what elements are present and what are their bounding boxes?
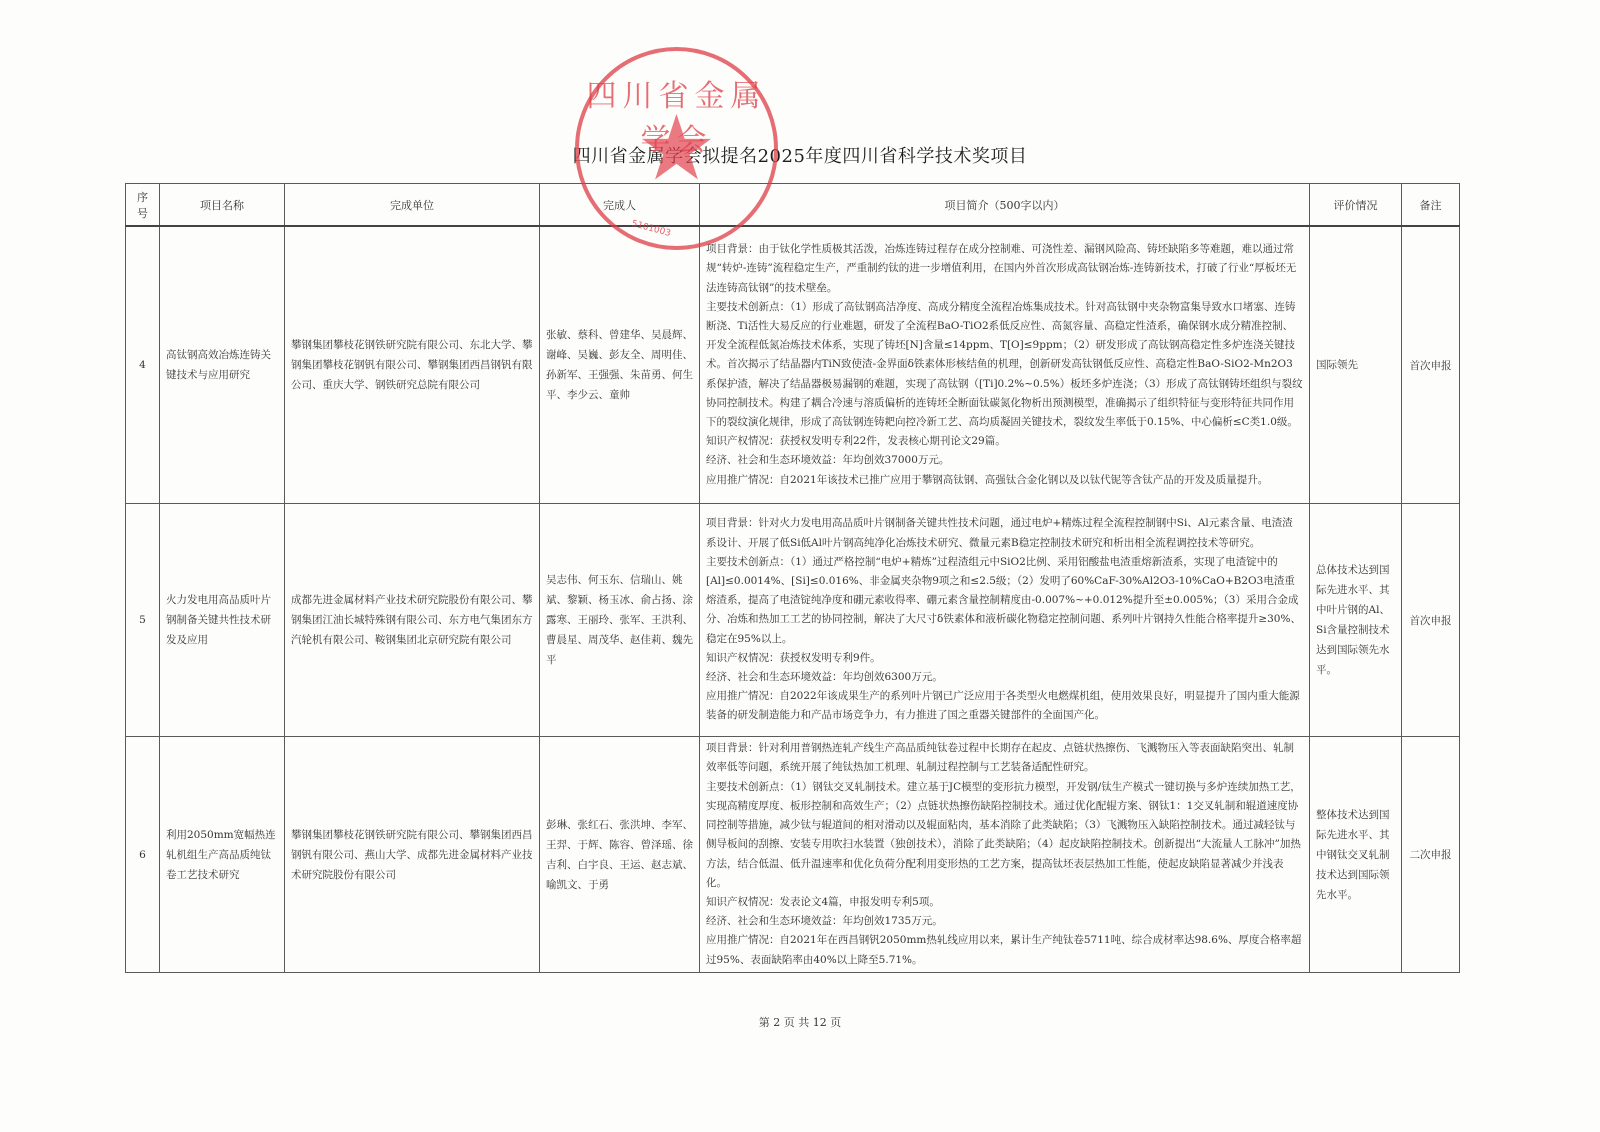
table-row: 6 利用2050mm宽幅热连轧机组生产高品质纯钛卷工艺技术研究 攀钢集团攀枝花钢… (126, 737, 1460, 973)
row-index: 5 (126, 504, 160, 737)
row-index: 6 (126, 737, 160, 973)
project-intro: 项目背景：针对利用普钢热连轧产线生产高品质纯钛卷过程中长期存在起皮、点链状热擦伤… (700, 737, 1310, 973)
header-name: 项目名称 (160, 184, 285, 227)
intro-background: 项目背景：针对火力发电用高品质叶片钢制备关键共性技术问题，通过电炉+精炼过程全流… (706, 514, 1303, 552)
intro-application: 应用推广情况：自2022年该成果生产的系列叶片钢已广泛应用于各类型火电燃煤机组，… (706, 687, 1303, 725)
header-people: 完成人 (540, 184, 700, 227)
note: 二次申报 (1402, 737, 1460, 973)
intro-innovations: 主要技术创新点：（1）通过严格控制“电炉+精炼”过程渣组元中SiO2比例、采用铝… (706, 553, 1303, 649)
completion-people: 吴志伟、何玉东、信瑞山、姚斌、黎颖、杨玉冰、俞占扬、涂露寒、王丽玲、张军、王洪利… (540, 504, 700, 737)
completion-units: 成都先进金属材料产业技术研究院股份有限公司、攀钢集团江油长城特殊钢有限公司、东方… (285, 504, 540, 737)
note: 首次申报 (1402, 504, 1460, 737)
intro-benefits: 经济、社会和生态环境效益：年均创效6300万元。 (706, 668, 1303, 687)
header-evaluation: 评价情况 (1310, 184, 1402, 227)
header-units: 完成单位 (285, 184, 540, 227)
intro-ip: 知识产权情况：获授权发明专利9件。 (706, 649, 1303, 668)
intro-ip: 知识产权情况：发表论文4篇，申报发明专利5项。 (706, 893, 1303, 912)
project-table: 序号 项目名称 完成单位 完成人 项目简介（500字以内） 评价情况 备注 4 … (125, 183, 1460, 973)
project-intro: 项目背景：由于钛化学性质极其活泼，冶炼连铸过程存在成分控制难、可浇性差、漏钢风险… (700, 226, 1310, 504)
evaluation: 整体技术达到国际先进水平、其中钢钛交叉轧制技术达到国际领先水平。 (1310, 737, 1402, 973)
intro-ip: 知识产权情况：获授权发明专利22件，发表核心期刊论文29篇。 (706, 432, 1303, 451)
intro-background: 项目背景：针对利用普钢热连轧产线生产高品质纯钛卷过程中长期存在起皮、点链状热擦伤… (706, 739, 1303, 777)
header-note: 备注 (1402, 184, 1460, 227)
intro-benefits: 经济、社会和生态环境效益：年均创效1735万元。 (706, 912, 1303, 931)
intro-innovations: 主要技术创新点：（1）形成了高钛钢高洁净度、高成分精度全流程冶炼集成技术。针对高… (706, 298, 1303, 432)
completion-units: 攀钢集团攀枝花钢铁研究院有限公司、东北大学、攀钢集团攀枝花钢钒有限公司、攀钢集团… (285, 226, 540, 504)
project-intro: 项目背景：针对火力发电用高品质叶片钢制备关键共性技术问题，通过电炉+精炼过程全流… (700, 504, 1310, 737)
intro-background: 项目背景：由于钛化学性质极其活泼，冶炼连铸过程存在成分控制难、可浇性差、漏钢风险… (706, 240, 1303, 298)
note: 首次申报 (1402, 226, 1460, 504)
table-header-row: 序号 项目名称 完成单位 完成人 项目简介（500字以内） 评价情况 备注 (126, 184, 1460, 227)
row-index: 4 (126, 226, 160, 504)
document-title: 四川省金属学会拟提名2025年度四川省科学技术奖项目 (0, 142, 1600, 168)
project-name: 火力发电用高品质叶片钢制备关键共性技术研发及应用 (160, 504, 285, 737)
completion-people: 彭琳、张红石、张洪坤、李军、王羿、于辉、陈容、曾泽瑶、徐吉利、白宇良、王运、赵志… (540, 737, 700, 973)
page-number: 第 2 页 共 12 页 (0, 1014, 1600, 1030)
evaluation: 国际领先 (1310, 226, 1402, 504)
intro-application: 应用推广情况：自2021年该技术已推广应用于攀钢高钛钢、高强钛合金化钢以及以钛代… (706, 471, 1303, 490)
intro-benefits: 经济、社会和生态环境效益：年均创效37000万元。 (706, 451, 1303, 470)
intro-application: 应用推广情况：自2021年在西昌钢钒2050mm热轧线应用以来，累计生产纯钛卷5… (706, 931, 1303, 969)
completion-people: 张敏、蔡科、曾建华、吴晨辉、谢峰、吴巍、彭友全、周明佳、孙新军、王强强、朱苗勇、… (540, 226, 700, 504)
header-intro: 项目简介（500字以内） (700, 184, 1310, 227)
project-name: 利用2050mm宽幅热连轧机组生产高品质纯钛卷工艺技术研究 (160, 737, 285, 973)
table-row: 5 火力发电用高品质叶片钢制备关键共性技术研发及应用 成都先进金属材料产业技术研… (126, 504, 1460, 737)
intro-innovations: 主要技术创新点：（1）钢钛交叉轧制技术。建立基于JC模型的变形抗力模型，开发钢/… (706, 778, 1303, 893)
header-index: 序号 (126, 184, 160, 227)
table-row: 4 高钛钢高效冶炼连铸关键技术与应用研究 攀钢集团攀枝花钢铁研究院有限公司、东北… (126, 226, 1460, 504)
evaluation: 总体技术达到国际先进水平、其中叶片钢的Al、Si含量控制技术达到国际领先水平。 (1310, 504, 1402, 737)
completion-units: 攀钢集团攀枝花钢铁研究院有限公司、攀钢集团西昌钢钒有限公司、燕山大学、成都先进金… (285, 737, 540, 973)
project-name: 高钛钢高效冶炼连铸关键技术与应用研究 (160, 226, 285, 504)
